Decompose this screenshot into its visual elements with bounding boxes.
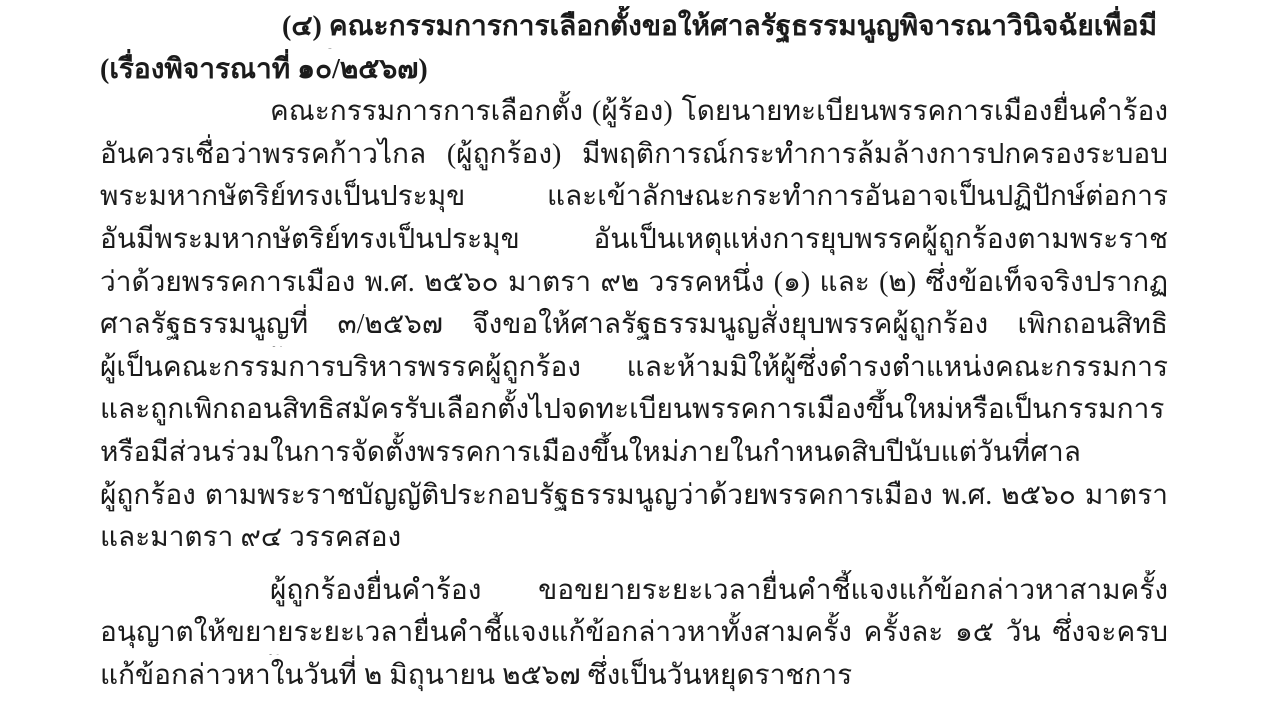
paragraph-1: คณะกรรมการการเลือกตั้ง (ผู้ร้อง) โดยนายท… xyxy=(100,91,1168,560)
case-number-line: (เรื่องพิจารณาที่ ๑๐/๒๕๖๗) xyxy=(100,49,1168,92)
paragraph-line: ว่าด้วยพรรคการเมือง พ.ศ. ๒๕๖๐ มาตรา ๙๒ ว… xyxy=(100,262,1168,305)
paragraph-line: คณะกรรมการการเลือกตั้ง (ผู้ร้อง) โดยนายท… xyxy=(100,91,1168,134)
paragraph-line: และถูกเพิกถอนสิทธิสมัครรับเลือกตั้งไปจดท… xyxy=(100,389,1168,432)
paragraph-line: ผู้ถูกร้องยื่นคำร้อง ขอขยายระยะเวลายื่นค… xyxy=(100,570,1168,613)
paragraph-line: และมาตรา ๙๔ วรรคสอง xyxy=(100,517,1168,560)
paragraph-line: พระมหากษัตริย์ทรงเป็นประมุข และเข้าลักษณ… xyxy=(100,176,1168,219)
paragraph-line: อันมีพระมหากษัตริย์ทรงเป็นประมุข อันเป็น… xyxy=(100,219,1168,262)
document-page: (๔) คณะกรรมการการเลือกตั้งขอให้ศาลรัฐธรร… xyxy=(100,6,1168,698)
paragraph-line: ศาลรัฐธรรมนูญที่ ๓/๒๕๖๗ จึงขอให้ศาลรัฐธร… xyxy=(100,304,1168,347)
paragraph-line: แก้ข้อกล่าวหาในวันที่ ๒ มิถุนายน ๒๕๖๗ ซึ… xyxy=(100,655,1168,698)
paragraph-line: อันควรเชื่อว่าพรรคก้าวไกล (ผู้ถูกร้อง) ม… xyxy=(100,134,1168,177)
paragraph-2: ผู้ถูกร้องยื่นคำร้อง ขอขยายระยะเวลายื่นค… xyxy=(100,570,1168,698)
paragraph-line: อนุญาตให้ขยายระยะเวลายื่นคำชี้แจงแก้ข้อก… xyxy=(100,612,1168,655)
paragraph-line: ผู้ถูกร้อง ตามพระราชบัญญัติประกอบรัฐธรรม… xyxy=(100,475,1168,518)
case-item-heading: (๔) คณะกรรมการการเลือกตั้งขอให้ศาลรัฐธรร… xyxy=(100,6,1168,49)
paragraph-line: หรือมีส่วนร่วมในการจัดตั้งพรรคการเมืองขึ… xyxy=(100,432,1168,475)
paragraph-line: ผู้เป็นคณะกรรมการบริหารพรรคผู้ถูกร้อง แล… xyxy=(100,347,1168,390)
